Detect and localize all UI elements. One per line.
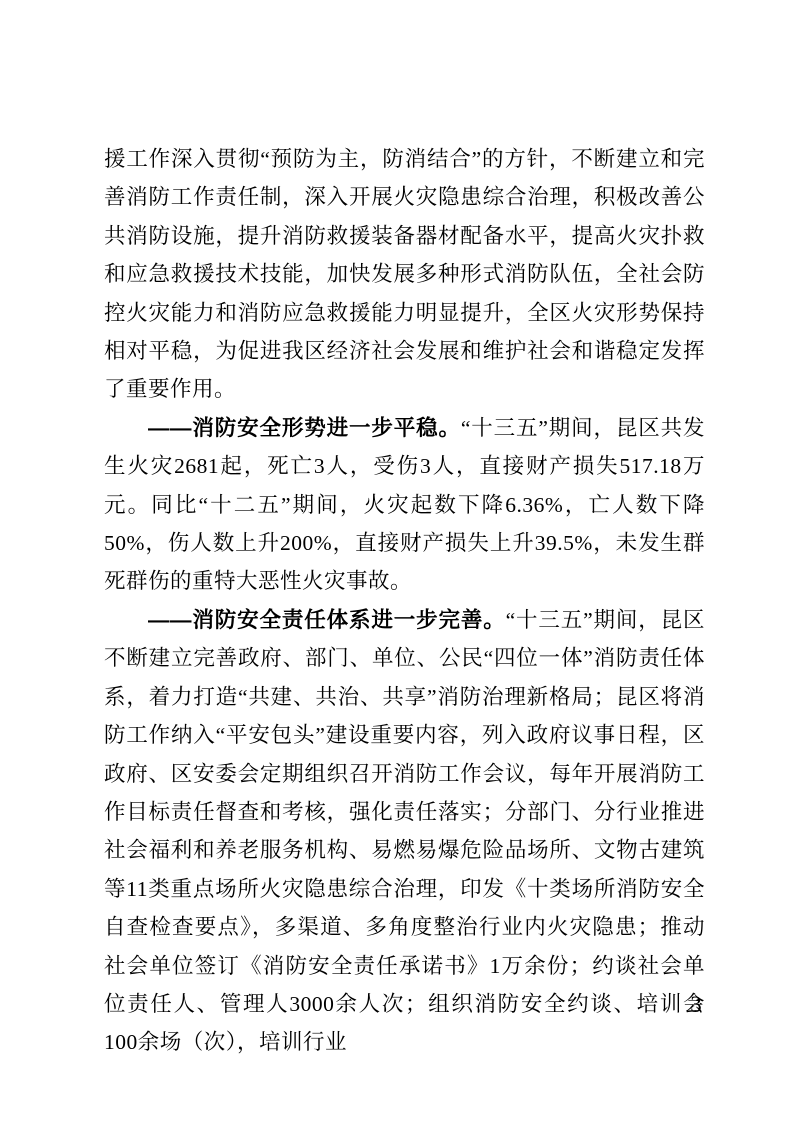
document-page: 援工作深入贯彻“预防为主，防消结合”的方针，不断建立和完善消防工作责任制，深入开… (0, 0, 793, 1122)
paragraph-text: “十三五”期间，昆区共发生火灾2681起，死亡3人，受伤3人，直接财产损失517… (104, 416, 705, 594)
paragraph-lead-bold: ——消防安全形势进一步平稳。 (148, 416, 461, 440)
page-number: 3 (684, 992, 708, 1018)
paragraph-text: “十三五”期间，昆区不断建立完善政府、部门、单位、公民“四位一体”消防责任体系，… (104, 608, 705, 1054)
paragraph-lead-bold: ——消防安全责任体系进一步完善。 (148, 608, 506, 632)
paragraph-fire-safety-situation: ——消防安全形势进一步平稳。“十三五”期间，昆区共发生火灾2681起，死亡3人，… (104, 409, 705, 601)
document-body: 援工作深入贯彻“预防为主，防消结合”的方针，不断建立和完善消防工作责任制，深入开… (104, 140, 705, 1062)
paragraph-responsibility-system: ——消防安全责任体系进一步完善。“十三五”期间，昆区不断建立完善政府、部门、单位… (104, 601, 705, 1062)
paragraph-text: 援工作深入贯彻“预防为主，防消结合”的方针，不断建立和完善消防工作责任制，深入开… (104, 147, 705, 401)
paragraph-continuation: 援工作深入贯彻“预防为主，防消结合”的方针，不断建立和完善消防工作责任制，深入开… (104, 140, 705, 409)
